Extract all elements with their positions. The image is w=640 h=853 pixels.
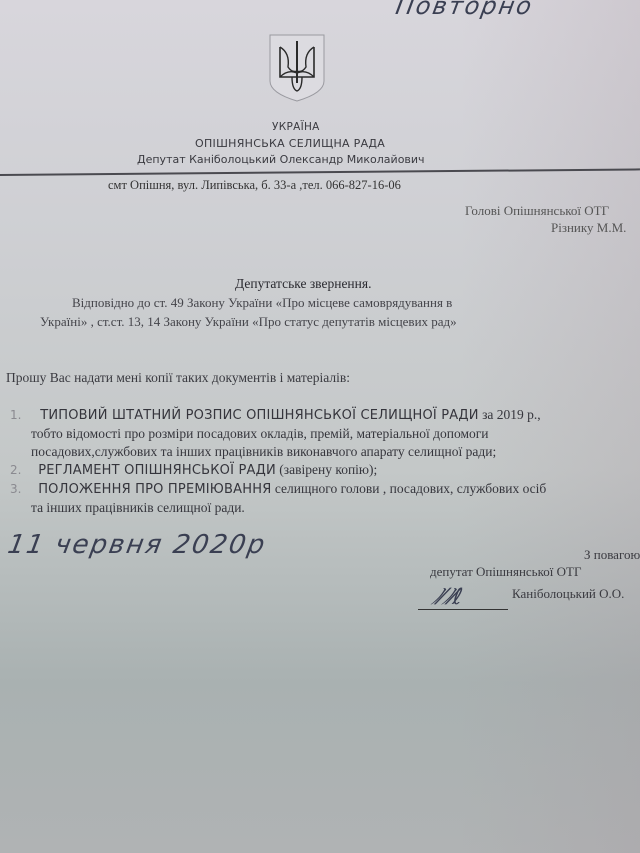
item-number: 3. [10, 482, 21, 496]
item-rest: селищного голови , посадових, службових … [271, 481, 546, 496]
letterhead-divider [0, 168, 640, 176]
intro-line2: Україні» , ст.ст. 13, 14 Закону України … [40, 314, 457, 330]
signature-icon: ﾉ⁄ﾉ⁄ℓ [429, 580, 463, 611]
trident-coat-of-arms-icon [268, 33, 326, 103]
item-caps: ТИПОВИЙ ШТАТНИЙ РОЗПИС ОПІШНЯНСЬКОЇ СЕЛИ… [40, 408, 478, 423]
document-title: Депутатське звернення. [235, 276, 371, 292]
item-line: тобто відомості про розміри посадових ок… [31, 426, 489, 442]
item-line: та інших працівників селищної ради. [31, 500, 245, 516]
letterhead-deputy: Депутат Каніболоцький Олександр Миколайо… [137, 153, 425, 166]
list-item: 3. ПОЛОЖЕННЯ ПРО ПРЕМІЮВАННЯ селищного г… [10, 481, 546, 497]
item-number: 2. [10, 463, 21, 477]
handwritten-date: 11 червня 2020р [5, 530, 268, 560]
item-caps: РЕГЛАМЕНТ ОПІШНЯНСЬКОЇ РАДИ [38, 463, 276, 478]
closing-position: депутат Опішнянської ОТГ [430, 564, 581, 580]
handwritten-note: Повторно [394, 0, 536, 20]
letterhead-address: смт Опішня, вул. Липівська, б. 33-а ,тел… [108, 178, 401, 193]
addressee-line1: Голові Опішнянської ОТГ [465, 203, 609, 219]
addressee-line2: Різнику М.М. [551, 220, 626, 236]
list-item: 1. ТИПОВИЙ ШТАТНИЙ РОЗПИС ОПІШНЯНСЬКОЇ С… [10, 407, 541, 423]
item-rest: за 2019 р., [479, 407, 541, 422]
closing-regards: З повагою [584, 547, 640, 563]
list-item: 2. РЕГЛАМЕНТ ОПІШНЯНСЬКОЇ РАДИ (завірену… [10, 462, 377, 478]
intro-line1: Відповідно до ст. 49 Закону України «Про… [72, 295, 452, 311]
item-rest: (завірену копію); [276, 462, 377, 477]
letterhead-council: ОПІШНЯНСЬКА СЕЛИЩНА РАДА [195, 137, 385, 150]
request-text: Прошу Вас надати мені копії таких докуме… [6, 370, 350, 386]
signature-line [418, 609, 508, 610]
item-number: 1. [10, 408, 21, 422]
item-line: посадових,службових та інших працівників… [31, 444, 496, 460]
letterhead-country: УКРАЇНА [272, 121, 320, 133]
closing-name: Каніболоцький О.О. [512, 586, 624, 602]
item-caps: ПОЛОЖЕННЯ ПРО ПРЕМІЮВАННЯ [38, 482, 271, 497]
